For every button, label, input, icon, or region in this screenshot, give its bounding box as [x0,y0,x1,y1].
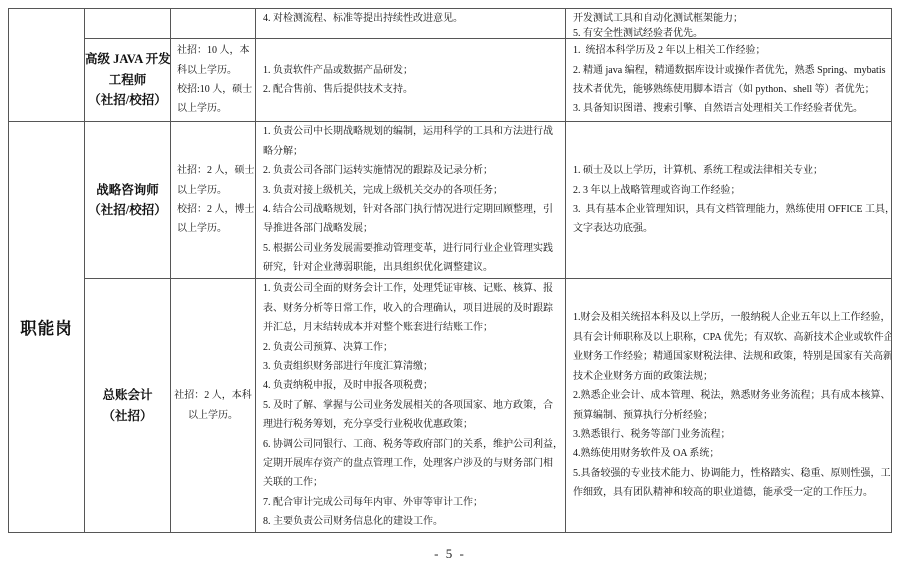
requirements-cell-strategy-consultant: 1. 硕士及以上学历，计算机、系统工程或法律相关专业； 2. 3 年以上战略管理… [566,122,891,279]
position-cell-general-ledger-accountant-text: 总账会计 （社招） [85,385,170,426]
recruit-cell-java-engineer-text: 社招：10 人，本 科以上学历。 校招:10 人，硕士 以上学历。 [171,41,256,119]
duties-cell-strategy-consultant: 1. 负责公司中长期战略规划的编制，运用科学的工具和方法进行战 略分解； 2. … [256,122,566,279]
category-label: 职能岗 [9,315,84,339]
recruit-cell-general-ledger-accountant: 社招：2 人，本科 以上学历。 [171,279,256,532]
page-number: - 5 - [0,546,900,562]
requirements-cell-java-engineer-text: 1. 统招本科学历及 2 年以上相关工作经验； 2. 精通 java 编程，精通… [566,41,891,119]
position-cell-continued-text [85,9,170,11]
document-page: 4. 对检测流程、标准等提出持续性改进意见。 开发测试工具和自动化测试框架能力；… [0,0,900,586]
recruit-cell-continued-text [171,9,255,11]
recruit-cell-java-engineer: 社招：10 人，本 科以上学历。 校招:10 人，硕士 以上学历。 [171,39,256,122]
position-cell-general-ledger-accountant: 总账会计 （社招） [85,279,171,532]
duties-cell-java-engineer-text: 1. 负责软件产品或数据产品研发； 2. 配合售前、售后提供技术支持。 [256,61,565,100]
requirements-cell-continued: 开发测试工具和自动化测试框架能力； 5. 有安全性测试经验者优先。 [566,9,891,39]
recruit-cell-continued [171,9,256,39]
requirements-cell-java-engineer: 1. 统招本科学历及 2 年以上相关工作经验； 2. 精通 java 编程，精通… [566,39,891,122]
requirements-cell-general-ledger-accountant: 1.财会及相关统招本科及以上学历，一般纳税人企业五年以上工作经验， 具有会计师职… [566,279,891,532]
position-cell-strategy-consultant-text: 战略咨询师 （社招/校招） [85,180,170,221]
duties-cell-continued: 4. 对检测流程、标准等提出持续性改进意见。 [256,9,566,39]
recruit-cell-general-ledger-accountant-text: 社招：2 人，本科 以上学历。 [171,386,255,425]
position-cell-strategy-consultant: 战略咨询师 （社招/校招） [85,122,171,279]
duties-cell-strategy-consultant-text: 1. 负责公司中长期战略规划的编制，运用科学的工具和方法进行战 略分解； 2. … [256,122,565,277]
position-cell-continued [85,9,171,39]
requirements-cell-strategy-consultant-text: 1. 硕士及以上学历，计算机、系统工程或法律相关专业； 2. 3 年以上战略管理… [566,161,891,239]
position-cell-java-engineer: 高级 JAVA 开发 工程师 （社招/校招） [85,39,171,122]
category-cell-functional-posts: 职能岗 [9,122,85,532]
duties-cell-general-ledger-accountant-text: 1. 负责公司全面的财务会计工作，处理凭证审核、记账、核算、报 表、财务分析等日… [256,279,565,531]
recruit-cell-strategy-consultant-text: 社招：2 人，硕士 以上学历。 校招：2 人，博士 以上学历。 [171,161,256,239]
position-cell-java-engineer-text: 高级 JAVA 开发 工程师 （社招/校招） [85,49,170,111]
duties-cell-continued-text: 4. 对检测流程、标准等提出持续性改进意见。 [256,9,565,26]
duties-cell-general-ledger-accountant: 1. 负责公司全面的财务会计工作，处理凭证审核、记账、核算、报 表、财务分析等日… [256,279,566,532]
recruitment-table: 4. 对检测流程、标准等提出持续性改进意见。 开发测试工具和自动化测试框架能力；… [8,8,892,533]
requirements-cell-general-ledger-accountant-text: 1.财会及相关统招本科及以上学历，一般纳税人企业五年以上工作经验， 具有会计师职… [566,308,891,502]
recruit-cell-strategy-consultant: 社招：2 人，硕士 以上学历。 校招：2 人，博士 以上学历。 [171,122,256,279]
category-cell-continued [9,9,85,122]
requirements-cell-continued-text: 开发测试工具和自动化测试框架能力； 5. 有安全性测试经验者优先。 [566,9,891,39]
duties-cell-java-engineer: 1. 负责软件产品或数据产品研发； 2. 配合售前、售后提供技术支持。 [256,39,566,122]
